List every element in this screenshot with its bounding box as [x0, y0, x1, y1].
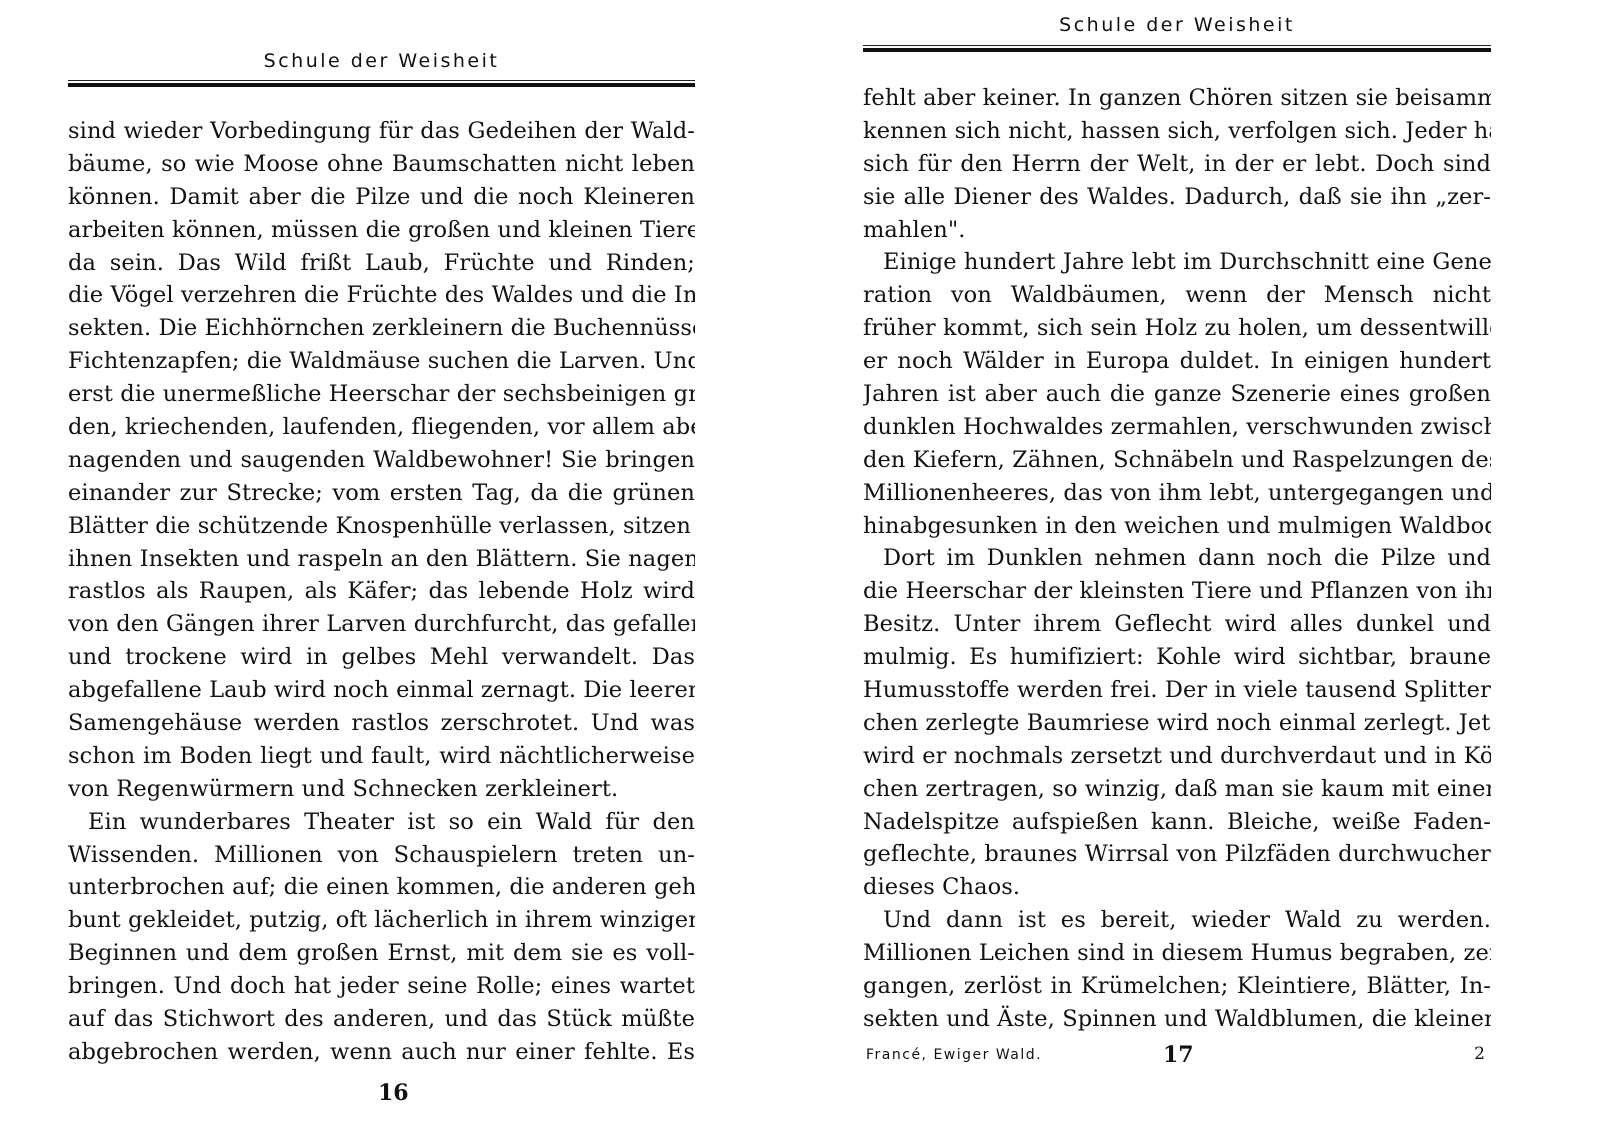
- text-line: Beginnen und dem großen Ernst, mit dem s…: [68, 937, 695, 970]
- text-line: können. Damit aber die Pilze und die noc…: [68, 181, 695, 214]
- header-rule-thick: [863, 48, 1491, 52]
- header-rule-thin: [863, 45, 1491, 46]
- printer-signature: Francé, Ewiger Wald.: [866, 1047, 1042, 1063]
- text-line: Dort im Dunklen nehmen dann noch die Pil…: [863, 542, 1491, 575]
- text-line: abgebrochen werden, wenn auch nur einer …: [68, 1036, 695, 1069]
- page-number: 17: [1163, 1042, 1194, 1068]
- text-line: rastlos als Raupen, als Käfer; das leben…: [68, 575, 695, 608]
- text-line: arbeiten können, müssen die großen und k…: [68, 214, 695, 247]
- text-line: schon im Boden liegt und fault, wird näc…: [68, 740, 695, 773]
- text-line: bringen. Und doch hat jeder seine Rolle;…: [68, 970, 695, 1003]
- text-line: den Kiefern, Zähnen, Schnäbeln und Raspe…: [863, 444, 1491, 477]
- text-line: bunt gekleidet, putzig, oft lächerlich i…: [68, 904, 695, 937]
- text-line: nagenden und saugenden Waldbewohner! Sie…: [68, 444, 695, 477]
- text-line: Wissenden. Millionen von Schauspielern t…: [68, 839, 695, 872]
- text-line: von Regenwürmern und Schnecken zerkleine…: [68, 773, 695, 806]
- text-line: Einige hundert Jahre lebt im Durchschnit…: [863, 246, 1491, 279]
- text-line: auf das Stichwort des anderen, und das S…: [68, 1003, 695, 1036]
- header-rule: [863, 45, 1491, 52]
- text-line: ration von Waldbäumen, wenn der Mensch n…: [863, 279, 1491, 312]
- right-page: Schule der Weisheit fehlt aber keiner. I…: [863, 0, 1491, 1141]
- text-line: er noch Wälder in Europa duldet. In eini…: [863, 345, 1491, 378]
- text-line: mulmig. Es humifiziert: Kohle wird sicht…: [863, 641, 1491, 674]
- text-line: einander zur Strecke; vom ersten Tag, da…: [68, 477, 695, 510]
- header-rule-thick: [68, 83, 695, 87]
- text-line: da sein. Das Wild frißt Laub, Früchte un…: [68, 247, 695, 280]
- text-line: ihnen Insekten und raspeln an den Blätte…: [68, 543, 695, 576]
- text-line: kennen sich nicht, hassen sich, verfolge…: [863, 115, 1491, 148]
- left-page: Schule der Weisheit sind wieder Vorbedin…: [68, 0, 695, 1141]
- text-line: sind wieder Vorbedingung für das Gedeihe…: [68, 115, 695, 148]
- running-head: Schule der Weisheit: [863, 14, 1491, 36]
- text-line: Nadelspitze aufspießen kann. Bleiche, we…: [863, 806, 1491, 839]
- text-line: abgefallene Laub wird noch einmal zernag…: [68, 674, 695, 707]
- text-line: fehlt aber keiner. In ganzen Chören sitz…: [863, 82, 1491, 115]
- text-line: sekten. Die Eichhörnchen zerkleinern die…: [68, 312, 695, 345]
- text-line: Samengehäuse werden rastlos zerschrotet.…: [68, 707, 695, 740]
- running-head: Schule der Weisheit: [68, 50, 695, 72]
- text-line: bäume, so wie Moose ohne Baumschatten ni…: [68, 148, 695, 181]
- page-body-text: sind wieder Vorbedingung für das Gedeihe…: [68, 115, 695, 1069]
- text-line: mahlen".: [863, 214, 1491, 247]
- text-line: von den Gängen ihrer Larven durchfurcht,…: [68, 608, 695, 641]
- text-line: chen zerlegte Baumriese wird noch einmal…: [863, 707, 1491, 740]
- text-line: Und dann ist es bereit, wieder Wald zu w…: [863, 904, 1491, 937]
- text-line: Blätter die schützende Knospenhülle verl…: [68, 510, 695, 543]
- text-line: erst die unermeßliche Heerschar der sech…: [68, 378, 695, 411]
- text-line: wird er nochmals zersetzt und durchverda…: [863, 740, 1491, 773]
- text-line: Jahren ist aber auch die ganze Szenerie …: [863, 378, 1491, 411]
- sheet-number: 2: [1474, 1044, 1485, 1064]
- page-number: 16: [378, 1080, 409, 1106]
- text-line: Millionen Leichen sind in diesem Humus b…: [863, 937, 1491, 970]
- text-line: Humusstoffe werden frei. Der in viele ta…: [863, 674, 1491, 707]
- text-line: geflechte, braunes Wirrsal von Pilzfäden…: [863, 838, 1491, 871]
- text-line: und trockene wird in gelbes Mehl verwand…: [68, 641, 695, 674]
- text-line: den, kriechenden, laufenden, fliegenden,…: [68, 411, 695, 444]
- text-line: früher kommt, sich sein Holz zu holen, u…: [863, 312, 1491, 345]
- text-line: dunklen Hochwaldes zermahlen, verschwund…: [863, 411, 1491, 444]
- header-rule: [68, 80, 695, 87]
- text-line: die Heerschar der kleinsten Tiere und Pf…: [863, 575, 1491, 608]
- text-line: sie alle Diener des Waldes. Dadurch, daß…: [863, 181, 1491, 214]
- header-rule-thin: [68, 80, 695, 81]
- text-line: Fichtenzapfen; die Waldmäuse suchen die …: [68, 345, 695, 378]
- page-body-text: fehlt aber keiner. In ganzen Chören sitz…: [863, 82, 1491, 1036]
- text-line: chen zertragen, so winzig, daß man sie k…: [863, 773, 1491, 806]
- text-line: gangen, zerlöst in Krümelchen; Kleintier…: [863, 970, 1491, 1003]
- text-line: Millionenheeres, das von ihm lebt, unter…: [863, 477, 1491, 510]
- text-line: hinabgesunken in den weichen und mulmige…: [863, 510, 1491, 543]
- text-line: Ein wunderbares Theater ist so ein Wald …: [68, 806, 695, 839]
- text-line: unterbrochen auf; die einen kommen, die …: [68, 871, 695, 904]
- text-line: sich für den Herrn der Welt, in der er l…: [863, 148, 1491, 181]
- text-line: sekten und Äste, Spinnen und Waldblumen,…: [863, 1003, 1491, 1036]
- text-line: die Vögel verzehren die Früchte des Wald…: [68, 279, 695, 312]
- text-line: dieses Chaos.: [863, 871, 1491, 904]
- text-line: Besitz. Unter ihrem Geflecht wird alles …: [863, 608, 1491, 641]
